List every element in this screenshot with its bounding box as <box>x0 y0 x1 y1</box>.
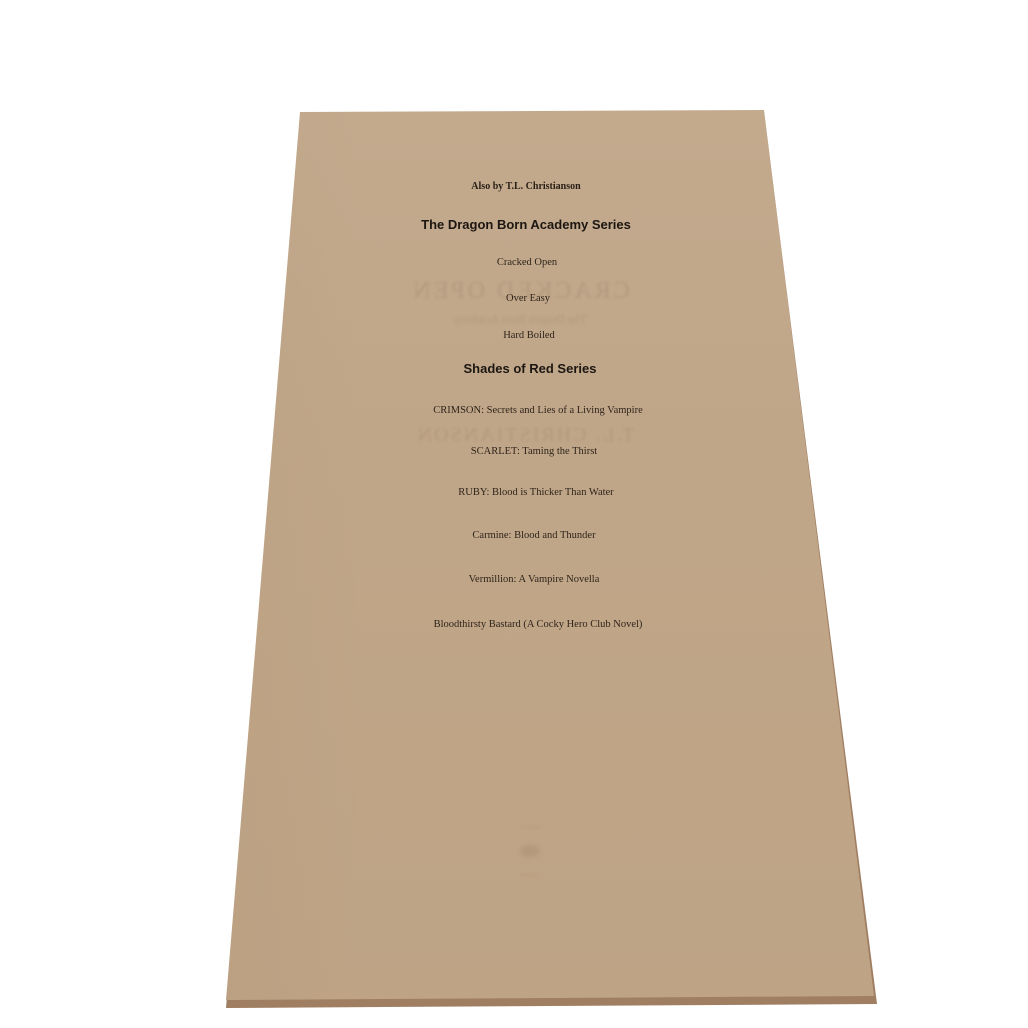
book-title: Cracked Open <box>327 257 727 268</box>
page-content: Also by T.L. Christianson The Dragon Bor… <box>330 0 730 1028</box>
book-title: RUBY: Blood is Thicker Than Water <box>336 487 736 498</box>
book-title: Hard Boiled <box>329 330 729 341</box>
series-title: The Dragon Born Academy Series <box>326 217 726 232</box>
book-title: CRIMSON: Secrets and Lies of a Living Va… <box>338 405 738 416</box>
book-title: Over Easy <box>328 293 728 304</box>
photo-scene: CRACKED OPEN The Dragon Born Academy T.L… <box>0 0 1028 1028</box>
also-by-heading: Also by T.L. Christianson <box>326 181 726 192</box>
book-title: Vermillion: A Vampire Novella <box>334 574 734 585</box>
book-title: SCARLET: Taming the Thirst <box>334 446 734 457</box>
standalone-book-title: Bloodthirsty Bastard (A Cocky Hero Club … <box>338 619 738 630</box>
book-title: Carmine: Blood and Thunder <box>334 530 734 541</box>
series-title: Shades of Red Series <box>330 361 730 376</box>
